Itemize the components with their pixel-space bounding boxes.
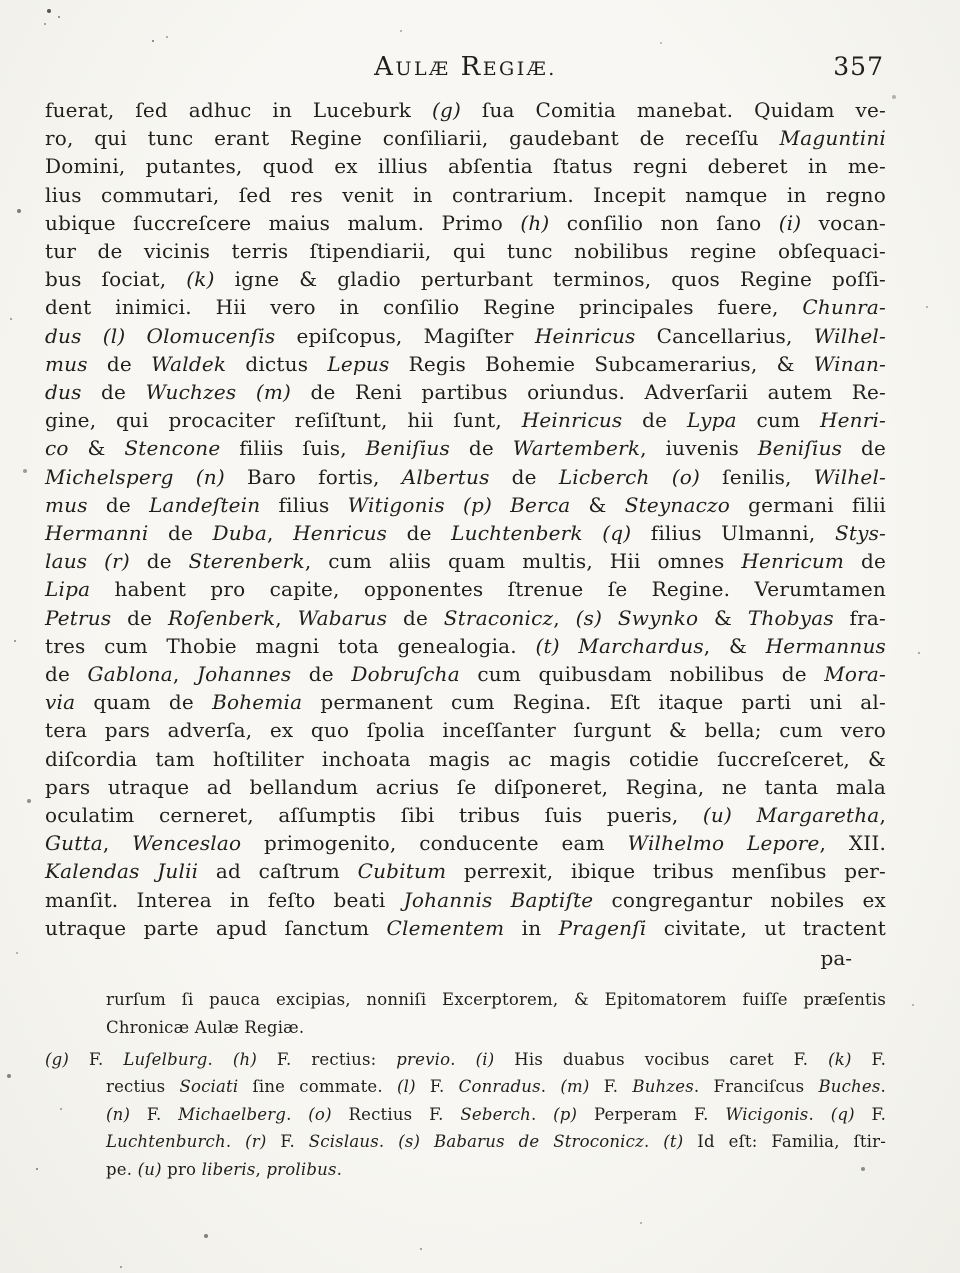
- italic-text-segment: Dobruſcha: [351, 662, 460, 686]
- text-segment: His duabus vocibus caret F.: [494, 1050, 828, 1069]
- text-segment: &: [69, 436, 125, 460]
- italic-text-segment: Witigonis: [348, 493, 445, 517]
- italic-text-segment: (t): [663, 1132, 683, 1151]
- text-segment: pars utraque ad bellandum acrius ſe diſp…: [45, 775, 886, 799]
- text-segment: ad caſtrum: [198, 859, 357, 883]
- text-segment: ubique ſuccreſcere maius malum. Primo: [45, 211, 520, 235]
- text-segment: .: [450, 1050, 475, 1069]
- text-line: Michelsperg (n) Baro fortis, Albertus de…: [45, 463, 886, 491]
- text-line: Kalendas Julii ad caſtrum Cubitum perrex…: [45, 857, 886, 885]
- text-segment: congregantur nobiles ex: [593, 888, 886, 912]
- text-segment: de: [88, 493, 149, 517]
- text-segment: de: [111, 606, 168, 630]
- italic-text-segment: Hermannus: [766, 634, 886, 658]
- italic-text-segment: Buhzes: [632, 1077, 694, 1096]
- text-segment: de: [130, 549, 189, 573]
- italic-text-segment: (n): [196, 465, 225, 489]
- italic-text-segment: Wenceslao: [132, 831, 241, 855]
- italic-text-segment: Buches: [818, 1077, 880, 1096]
- text-segment: .: [226, 1132, 245, 1151]
- footnote-continuation: rurſum ſi pauca excipias, nonniſi Excerp…: [45, 986, 886, 1041]
- text-line: via quam de Bohemia permanent cum Regina…: [45, 688, 886, 716]
- text-line: dus de Wuchzes (m) de Reni partibus oriu…: [45, 378, 886, 406]
- text-line: co & Stencone filiis ſuis, Beniſius de W…: [45, 434, 886, 462]
- italic-text-segment: Olomucenſis: [146, 324, 275, 348]
- text-segment: de: [450, 436, 513, 460]
- italic-text-segment: Wartemberk: [513, 436, 640, 460]
- italic-text-segment: Scislaus: [309, 1132, 379, 1151]
- text-segment: dictus: [226, 352, 327, 376]
- text-segment: [236, 380, 255, 404]
- text-segment: &: [570, 493, 624, 517]
- italic-text-segment: Sociati: [179, 1077, 238, 1096]
- text-segment: de: [387, 606, 444, 630]
- italic-text-segment: dus: [45, 324, 82, 348]
- italic-text-segment: Wicigonis: [725, 1105, 808, 1124]
- italic-text-segment: Hermanni: [45, 521, 149, 545]
- text-line: mus de Landeſtein filius Witigonis (p) B…: [45, 491, 886, 519]
- italic-text-segment: (q): [831, 1105, 855, 1124]
- italic-text-segment: Bohemia: [212, 690, 302, 714]
- text-segment: &: [698, 606, 748, 630]
- text-segment: de: [45, 662, 88, 686]
- text-segment: F.: [130, 1105, 178, 1124]
- text-segment: ,: [267, 521, 293, 545]
- text-segment: . Franciſcus: [694, 1077, 819, 1096]
- italic-text-segment: (u): [138, 1160, 162, 1179]
- text-line: lius commutari, ſed res venit in contrar…: [45, 181, 886, 209]
- text-line: Petrus de Roſenberk, Wabarus de Straconi…: [45, 604, 886, 632]
- running-title-initial: R: [461, 52, 483, 82]
- text-segment: de: [88, 352, 151, 376]
- text-segment: ,: [256, 1160, 267, 1179]
- text-segment: [560, 634, 579, 658]
- italic-text-segment: (q): [602, 521, 631, 545]
- italic-text-segment: Lipa: [45, 577, 90, 601]
- main-text-block: fuerat, ſed adhuc in Luceburk (g) ſua Co…: [45, 96, 886, 942]
- text-segment: perrexit, ibique tribus menſibus per-: [446, 859, 886, 883]
- text-segment: [445, 493, 463, 517]
- text-line: fuerat, ſed adhuc in Luceburk (g) ſua Co…: [45, 96, 886, 124]
- text-segment: .: [808, 1105, 830, 1124]
- text-segment: de: [82, 380, 146, 404]
- text-line: dent inimici. Hii vero in conſilio Regin…: [45, 293, 886, 321]
- italic-text-segment: Margaretha: [757, 803, 880, 827]
- text-line: manſit. Interea in feſto beati Johannis …: [45, 886, 886, 914]
- italic-text-segment: (u): [703, 803, 732, 827]
- italic-text-segment: Luchtenberk: [451, 521, 583, 545]
- text-segment: [650, 465, 672, 489]
- text-segment: gine, qui procaciter reſiſtunt, hii ſunt…: [45, 408, 522, 432]
- text-segment: utraque parte apud ſanctum: [45, 916, 386, 940]
- italic-text-segment: mus: [45, 493, 88, 517]
- text-segment: ,: [103, 831, 132, 855]
- italic-text-segment: Heinricus: [522, 408, 623, 432]
- italic-text-segment: Licberch: [559, 465, 650, 489]
- text-segment: .: [337, 1160, 342, 1179]
- italic-text-segment: Stys-: [835, 521, 886, 545]
- text-segment: ro, qui tunc erant Regine conſiliarii, g…: [45, 126, 780, 150]
- text-segment: Chronicæ Aulæ Regiæ.: [106, 1018, 304, 1037]
- text-segment: ſine commate.: [238, 1077, 397, 1096]
- text-segment: de Reni partibus oriundus. Adverſarii au…: [291, 380, 886, 404]
- text-segment: [492, 493, 510, 517]
- text-segment: de: [622, 408, 687, 432]
- italic-text-segment: (i): [476, 1050, 495, 1069]
- text-segment: , cum aliis quam multis, Hii omnes: [305, 549, 741, 573]
- italic-text-segment: (k): [828, 1050, 851, 1069]
- apparatus-footnotes: (g) F. Luſelburg. (h) F. rectius: previo…: [45, 1046, 886, 1183]
- italic-text-segment: Luſelburg: [123, 1050, 207, 1069]
- text-segment: diſcordia tam hoſtiliter inchoata magis …: [45, 747, 886, 771]
- text-segment: ,: [275, 606, 297, 630]
- text-segment: F.: [852, 1050, 886, 1069]
- text-segment: .: [379, 1132, 398, 1151]
- italic-text-segment: Mora-: [824, 662, 886, 686]
- text-segment: .: [644, 1132, 663, 1151]
- italic-text-segment: Lepus: [327, 352, 389, 376]
- running-title-text: ULÆ: [395, 58, 450, 80]
- text-segment: [125, 324, 146, 348]
- italic-text-segment: (n): [106, 1105, 130, 1124]
- italic-text-segment: previo: [396, 1050, 450, 1069]
- italic-text-segment: prolibus: [266, 1160, 336, 1179]
- italic-text-segment: Chunra-: [802, 295, 886, 319]
- text-line: tera pars adverſa, ex quo ſpolia inceſſa…: [45, 716, 886, 744]
- italic-text-segment: Gablona: [88, 662, 173, 686]
- text-segment: de: [387, 521, 451, 545]
- italic-text-segment: Beniſius: [366, 436, 450, 460]
- text-segment: [583, 521, 603, 545]
- text-line: dus (l) Olomucenſis epiſcopus, Magiſter …: [45, 322, 886, 350]
- italic-text-segment: Henricus: [293, 521, 387, 545]
- italic-text-segment: (i): [779, 211, 802, 235]
- italic-text-segment: Seberch: [460, 1105, 531, 1124]
- text-segment: cum: [737, 408, 820, 432]
- italic-text-segment: Wuchzes: [146, 380, 237, 404]
- italic-text-segment: Michaelberg: [178, 1105, 286, 1124]
- text-segment: , iuvenis: [640, 436, 758, 460]
- text-segment: permanent cum Regina. Eſt itaque parti u…: [302, 690, 886, 714]
- italic-text-segment: Waldek: [151, 352, 226, 376]
- text-segment: quam de: [75, 690, 212, 714]
- text-segment: .: [531, 1105, 553, 1124]
- text-line: de Gablona, Johannes de Dobruſcha cum qu…: [45, 660, 886, 688]
- italic-text-segment: Wilhelmo Lepore: [628, 831, 820, 855]
- page-number: 357: [833, 52, 884, 81]
- text-segment: vocan-: [801, 211, 886, 235]
- text-segment: , &: [704, 634, 766, 658]
- italic-text-segment: (k): [186, 267, 214, 291]
- running-title-text: EGIÆ.: [483, 58, 557, 80]
- italic-text-segment: Straconicz: [444, 606, 553, 630]
- text-segment: F. rectius:: [257, 1050, 396, 1069]
- text-line: pars utraque ad bellandum acrius ſe diſp…: [45, 773, 886, 801]
- text-line: oculatim cerneret, aſſumptis ſibi tribus…: [45, 801, 886, 829]
- italic-text-segment: (p): [463, 493, 492, 517]
- italic-text-segment: Heinricus: [535, 324, 636, 348]
- text-segment: F.: [69, 1050, 123, 1069]
- text-segment: fra-: [834, 606, 886, 630]
- text-segment: rurſum ſi pauca excipias, nonniſi Excerp…: [106, 990, 886, 1009]
- italic-text-segment: Pragenſi: [559, 916, 647, 940]
- italic-text-segment: (t): [535, 634, 559, 658]
- text-line: Hermanni de Duba, Henricus de Luchtenber…: [45, 519, 886, 547]
- text-segment: epiſcopus, Magiſter: [275, 324, 534, 348]
- italic-text-segment: (g): [432, 98, 461, 122]
- text-segment: in: [504, 916, 558, 940]
- text-segment: Baro fortis,: [225, 465, 402, 489]
- text-line: tres cum Thobie magni tota genealogia. (…: [45, 632, 886, 660]
- text-segment: , XII.: [820, 831, 886, 855]
- text-line: laus (r) de Sterenberk, cum aliis quam m…: [45, 547, 886, 575]
- italic-text-segment: (s): [398, 1132, 420, 1151]
- text-segment: oculatim cerneret, aſſumptis ſibi tribus…: [45, 803, 703, 827]
- text-segment: Cancellarius,: [636, 324, 814, 348]
- text-segment: de: [842, 436, 886, 460]
- text-segment: dent inimici. Hii vero in conſilio Regin…: [45, 295, 802, 319]
- italic-text-segment: Gutta: [45, 831, 103, 855]
- italic-text-segment: Winan-: [814, 352, 886, 376]
- italic-text-segment: Thobyas: [748, 606, 834, 630]
- text-line: Gutta, Wenceslao primogenito, conducente…: [45, 829, 886, 857]
- text-segment: [420, 1132, 434, 1151]
- text-segment: lius commutari, ſed res venit in contrar…: [45, 183, 886, 207]
- italic-text-segment: Kalendas Julii: [45, 859, 198, 883]
- text-segment: ſua Comitia manebat. Quidam ve-: [461, 98, 886, 122]
- italic-text-segment: mus: [45, 352, 88, 376]
- text-segment: habent pro capite, opponentes ſtrenue ſe…: [90, 577, 886, 601]
- page-header: AULÆREGIÆ. 357: [45, 52, 886, 88]
- text-segment: filius Ulmanni,: [631, 521, 835, 545]
- italic-text-segment: via: [45, 690, 75, 714]
- text-segment: ,: [879, 803, 886, 827]
- text-segment: civitate, ut tractent: [646, 916, 886, 940]
- text-line: Lipa habent pro capite, opponentes ſtren…: [45, 575, 886, 603]
- text-segment: F.: [267, 1132, 309, 1151]
- italic-text-segment: (m): [256, 380, 291, 404]
- running-title: AULÆREGIÆ.: [45, 52, 886, 82]
- italic-text-segment: (m): [560, 1077, 589, 1096]
- italic-text-segment: Landeſtein: [149, 493, 260, 517]
- italic-text-segment: Conradus: [459, 1077, 541, 1096]
- text-line: pe. (u) pro liberis, prolibus.: [106, 1156, 886, 1183]
- running-title-initial: A: [374, 52, 395, 82]
- text-line: mus de Waldek dictus Lepus Regis Bohemie…: [45, 350, 886, 378]
- text-segment: pe.: [106, 1160, 138, 1179]
- scan-noise: [0, 0, 2, 2]
- italic-text-segment: Berca: [510, 493, 570, 517]
- text-segment: conſilio non ſano: [549, 211, 778, 235]
- text-segment: Regis Bohemie Subcamerarius, &: [389, 352, 813, 376]
- text-segment: Domini, putantes, quod ex illius abſenti…: [45, 154, 886, 178]
- text-segment: Id eſt: Familia, ſtir-: [683, 1132, 886, 1151]
- italic-text-segment: (o): [672, 465, 700, 489]
- italic-text-segment: Stencone: [124, 436, 220, 460]
- text-line: ro, qui tunc erant Regine conſiliarii, g…: [45, 124, 886, 152]
- text-segment: de: [149, 521, 213, 545]
- text-segment: igne & gladio perturbant terminos, quos …: [215, 267, 886, 291]
- italic-text-segment: Swynko: [618, 606, 698, 630]
- text-segment: .: [208, 1050, 233, 1069]
- italic-text-segment: Beniſius: [758, 436, 842, 460]
- text-line: Luchtenburch. (r) F. Scislaus. (s) Babar…: [106, 1128, 886, 1155]
- text-line: diſcordia tam hoſtiliter inchoata magis …: [45, 745, 886, 773]
- text-segment: [732, 803, 757, 827]
- text-segment: tera pars adverſa, ex quo ſpolia inceſſa…: [45, 718, 886, 742]
- italic-text-segment: Steynaczo: [625, 493, 730, 517]
- text-segment: primogenito, conducente eam: [241, 831, 627, 855]
- italic-text-segment: Wabarus: [298, 606, 388, 630]
- italic-text-segment: Michelsperg: [45, 465, 174, 489]
- italic-text-segment: Sterenberk: [189, 549, 305, 573]
- text-segment: [602, 606, 618, 630]
- text-segment: de: [291, 662, 351, 686]
- text-segment: Rectius F.: [332, 1105, 461, 1124]
- italic-text-segment: laus: [45, 549, 87, 573]
- italic-text-segment: Petrus: [45, 606, 111, 630]
- text-segment: fuerat, ſed adhuc in Luceburk: [45, 98, 432, 122]
- text-line: ubique ſuccreſcere maius malum. Primo (h…: [45, 209, 886, 237]
- text-segment: pro: [162, 1160, 202, 1179]
- text-segment: ,: [173, 662, 197, 686]
- italic-text-segment: Henri-: [820, 408, 886, 432]
- text-segment: filiis ſuis,: [220, 436, 365, 460]
- text-line: utraque parte apud ſanctum Clementem in …: [45, 914, 886, 942]
- italic-text-segment: Clementem: [386, 916, 504, 940]
- italic-text-segment: (r): [245, 1132, 266, 1151]
- book-page: AULÆREGIÆ. 357 fuerat, ſed adhuc in Luce…: [0, 0, 960, 1273]
- text-line: gine, qui procaciter reſiſtunt, hii ſunt…: [45, 406, 886, 434]
- text-segment: .: [286, 1105, 308, 1124]
- italic-text-segment: (h): [520, 211, 549, 235]
- italic-text-segment: Duba: [213, 521, 267, 545]
- text-segment: filius: [260, 493, 347, 517]
- italic-text-segment: (g): [45, 1050, 69, 1069]
- italic-text-segment: liberis: [202, 1160, 256, 1179]
- italic-text-segment: (s): [576, 606, 602, 630]
- text-segment: de: [490, 465, 559, 489]
- text-line: Chronicæ Aulæ Regiæ.: [106, 1014, 886, 1042]
- text-segment: bus ſociat,: [45, 267, 186, 291]
- italic-text-segment: Cubitum: [358, 859, 447, 883]
- text-segment: [87, 549, 104, 573]
- text-line: (g) F. Luſelburg. (h) F. rectius: previo…: [45, 1046, 886, 1073]
- text-segment: .: [881, 1077, 886, 1096]
- italic-text-segment: Johannes: [197, 662, 291, 686]
- text-segment: [174, 465, 196, 489]
- italic-text-segment: Wilhel-: [814, 465, 886, 489]
- italic-text-segment: (p): [553, 1105, 577, 1124]
- text-segment: manſit. Interea in feſto beati: [45, 888, 404, 912]
- italic-text-segment: (o): [308, 1105, 331, 1124]
- italic-text-segment: co: [45, 436, 69, 460]
- text-segment: F.: [416, 1077, 459, 1096]
- italic-text-segment: (l): [103, 324, 126, 348]
- text-segment: F.: [855, 1105, 886, 1124]
- italic-text-segment: dus: [45, 380, 82, 404]
- text-segment: ſenilis,: [700, 465, 814, 489]
- text-segment: cum quibusdam nobilibus de: [460, 662, 824, 686]
- catchword-row: pa-: [45, 944, 886, 972]
- text-segment: ,: [553, 606, 575, 630]
- text-segment: F.: [590, 1077, 633, 1096]
- italic-text-segment: (r): [104, 549, 130, 573]
- text-segment: tur de vicinis terris ſtipendiarii, qui …: [45, 239, 886, 263]
- italic-text-segment: Wilhel-: [814, 324, 886, 348]
- italic-text-segment: (h): [233, 1050, 257, 1069]
- text-line: Domini, putantes, quod ex illius abſenti…: [45, 152, 886, 180]
- text-line: (n) F. Michaelberg. (o) Rectius F. Seber…: [106, 1101, 886, 1128]
- italic-text-segment: Marchardus: [578, 634, 703, 658]
- text-segment: germani filii: [730, 493, 886, 517]
- italic-text-segment: Henricum: [741, 549, 844, 573]
- text-segment: tres cum Thobie magni tota genealogia.: [45, 634, 535, 658]
- italic-text-segment: Luchtenburch: [106, 1132, 226, 1151]
- text-segment: rectius: [106, 1077, 179, 1096]
- catchword: pa-: [821, 946, 852, 970]
- text-line: rurſum ſi pauca excipias, nonniſi Excerp…: [106, 986, 886, 1014]
- text-line: rectius Sociati ſine commate. (l) F. Con…: [106, 1073, 886, 1100]
- text-segment: Perperam F.: [577, 1105, 725, 1124]
- italic-text-segment: Roſenberk: [168, 606, 275, 630]
- text-segment: .: [541, 1077, 561, 1096]
- italic-text-segment: (l): [397, 1077, 416, 1096]
- italic-text-segment: Maguntini: [780, 126, 886, 150]
- text-segment: de: [844, 549, 886, 573]
- text-line: tur de vicinis terris ſtipendiarii, qui …: [45, 237, 886, 265]
- italic-text-segment: Johannis Baptiſte: [404, 888, 594, 912]
- text-segment: [82, 324, 103, 348]
- italic-text-segment: Lypa: [687, 408, 737, 432]
- italic-text-segment: Babarus de Stroconicz: [434, 1132, 644, 1151]
- italic-text-segment: Albertus: [402, 465, 490, 489]
- text-line: bus ſociat, (k) igne & gladio perturbant…: [45, 265, 886, 293]
